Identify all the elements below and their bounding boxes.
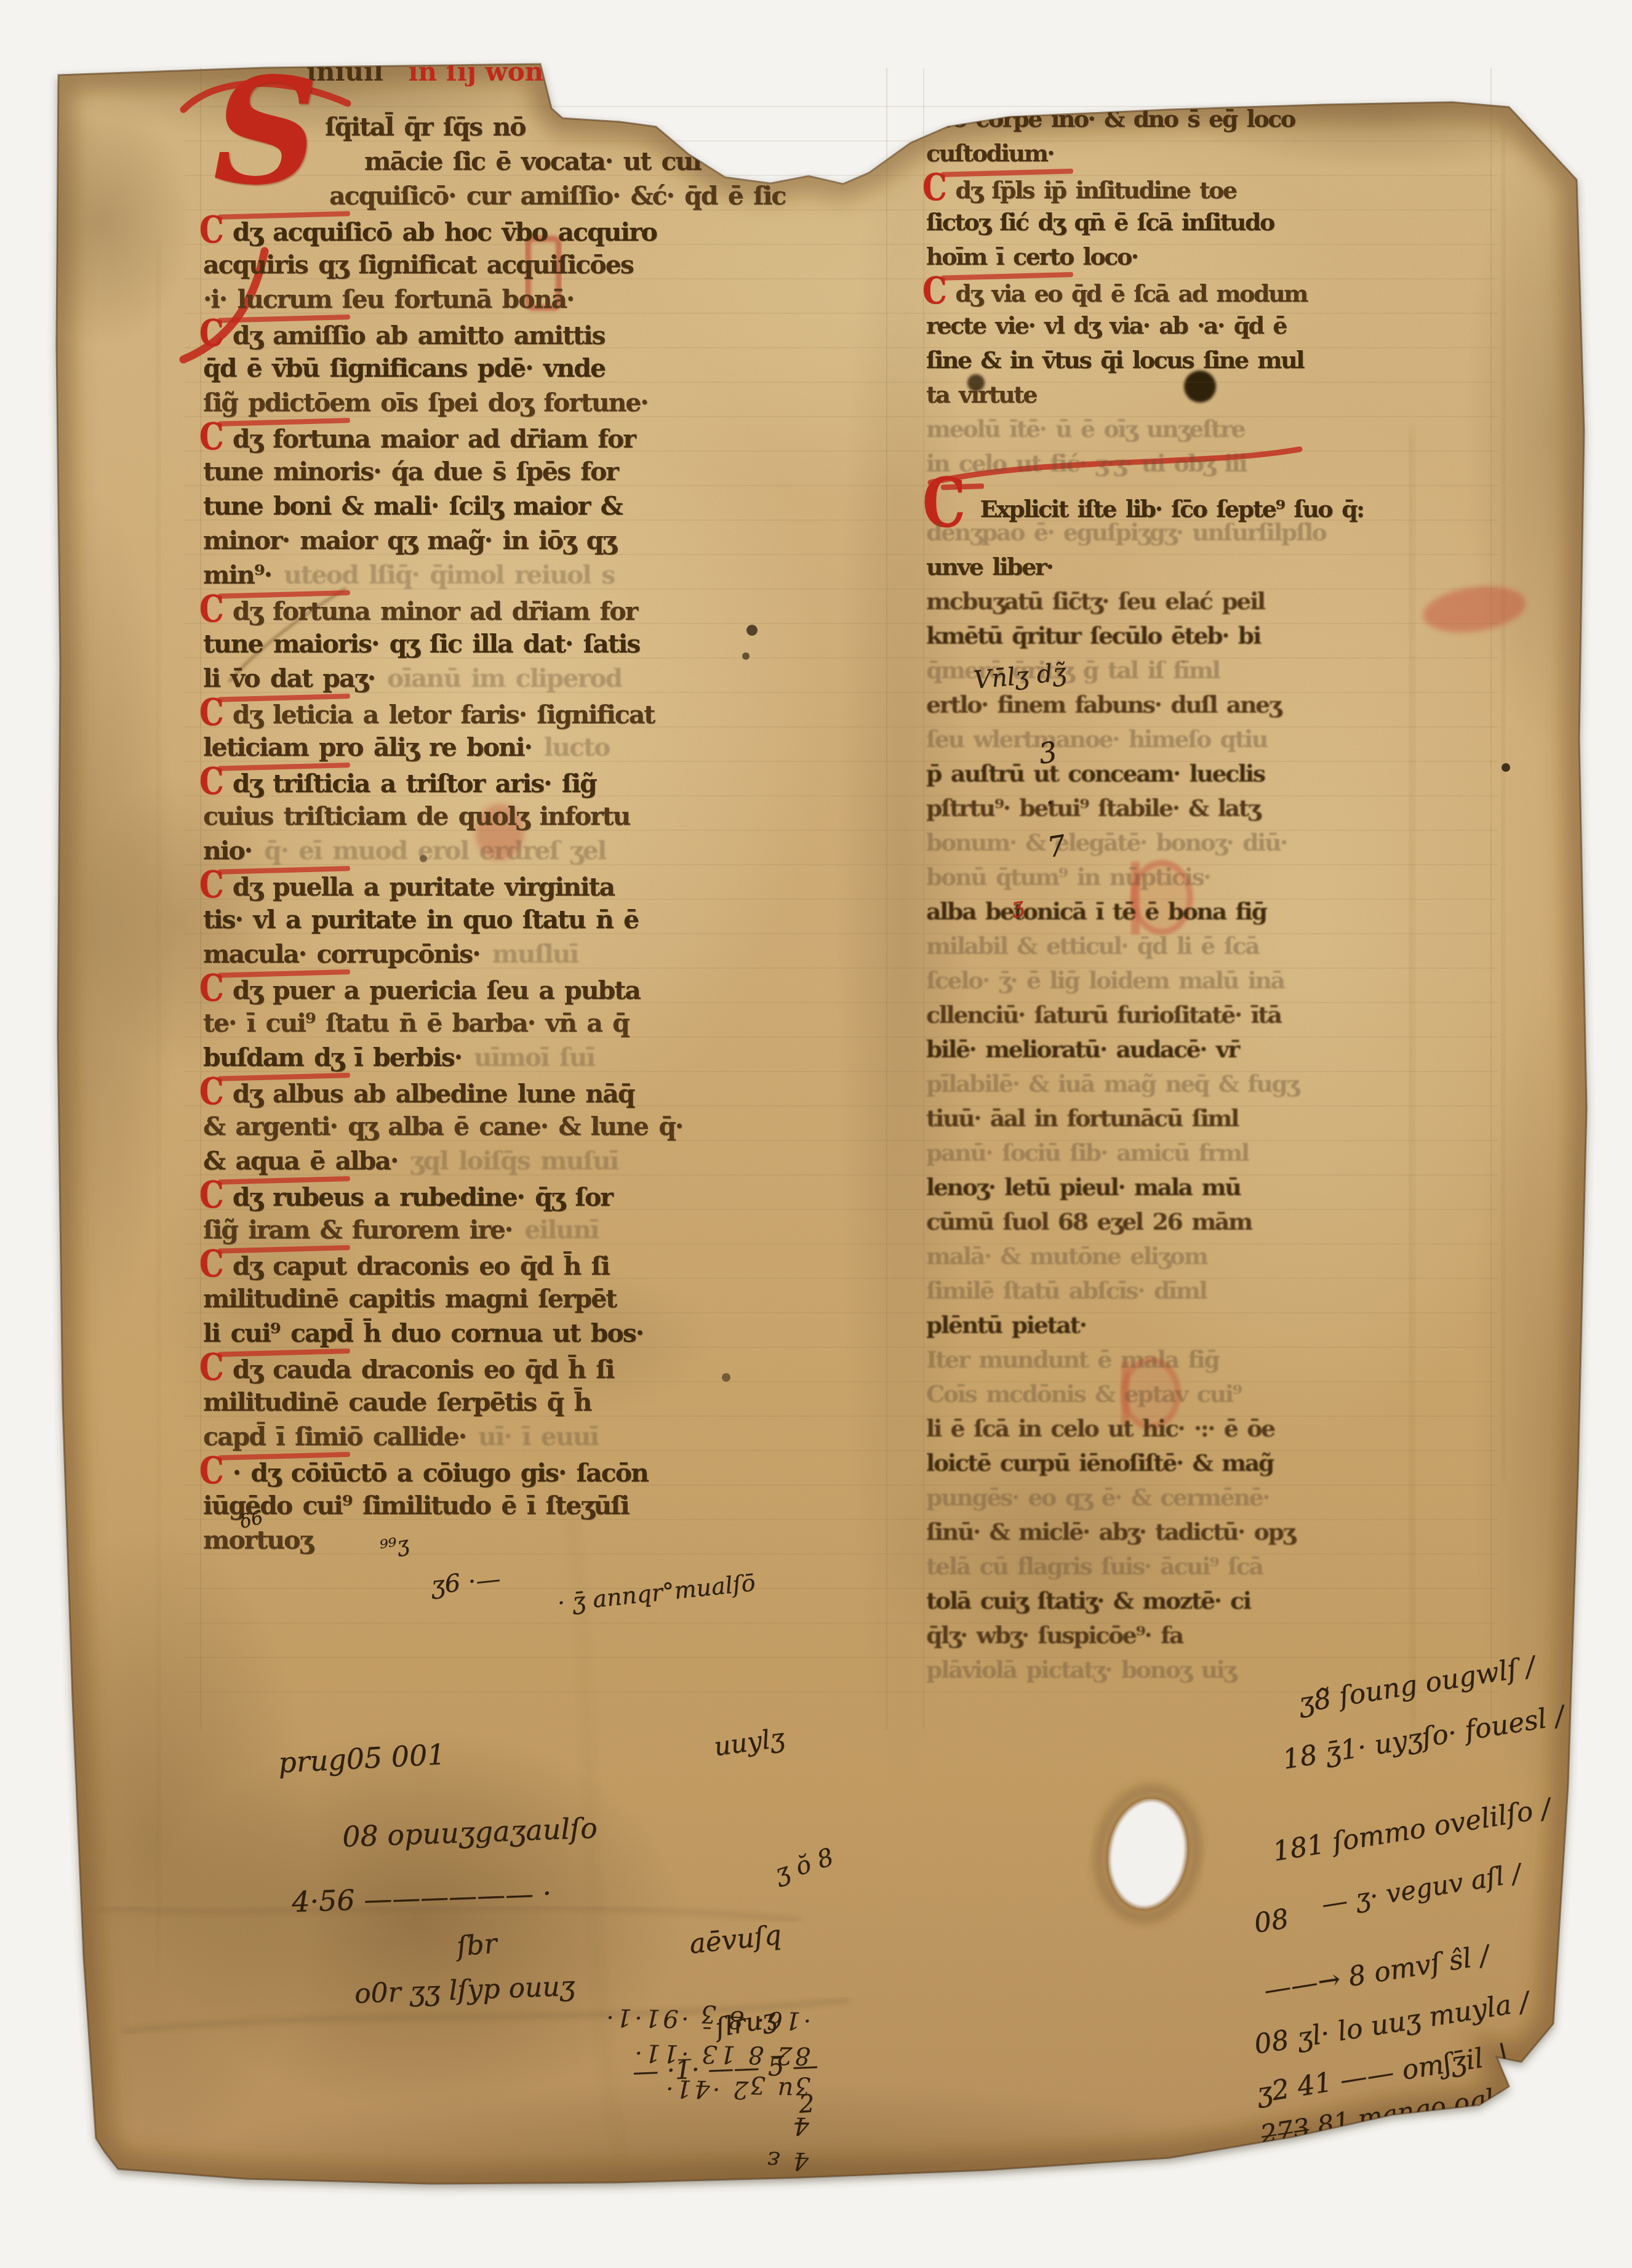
text-line: tiuū· āal in fortunācū ſiml [926, 1101, 1495, 1136]
line-text: dʒ puer a puericia ſeu a pubta [233, 976, 640, 1005]
line-text: militudinē capitis magni ſerpēt [203, 1284, 616, 1313]
line-text: p̄ auſtrū ut conceam· lueclis [926, 759, 1265, 787]
line-text: ſig̃ iram & furorem ire· [203, 1215, 512, 1244]
text-line: Coīs mcdōnis & eptav cui⁹ [926, 1377, 1495, 1411]
margin-scribble: ⁹⁹ʒ [378, 1531, 411, 1560]
line-text: loictē curpū iēnoſiſtē· & mag̃ [926, 1449, 1273, 1477]
line-text: tune maioris· qʒ ſic illa dat· ſatis [203, 629, 639, 659]
line-text: li v̄o dat paʒ· [203, 663, 375, 693]
ghost-text: ʒql loiſq̄s muſuī [410, 1146, 618, 1176]
text-line: telā cū flagris ſuis· ācui⁹ ſcā [926, 1549, 1495, 1584]
line-text: pungēs· eo qʒ ē· & cermēnē· [926, 1483, 1269, 1511]
text-line: pīlabilē· & iuā mag̃ neq̄ & fugʒ [926, 1067, 1495, 1101]
line-text: dʒ cauda draconis eo q̄d h̄ ſi [233, 1355, 614, 1384]
text-line: tune boni & mali· ſcilʒ maior & [203, 489, 885, 523]
text-line: li ē ſcā in celo ut hic· ·:· ē ōe [926, 1411, 1495, 1446]
text-line: mortuoʒ [203, 1523, 885, 1557]
arithmetic-line: ·16· 8̶ ʒ̄ ·91·1· [393, 1995, 812, 2038]
line-text: macula· corrupcōnis· [203, 939, 479, 969]
text-line: cuſtodium· [926, 136, 1495, 170]
text-line: ſcelo· ʒ̄· ē liḡ loidem malū inā [926, 963, 1495, 998]
text-line: Cdʒ puella a puritate virginita [203, 868, 885, 902]
line-text: milabil & etticul· q̄d li ē ſcā [926, 932, 1258, 960]
text-line: ſimilē ſtatū abſcīs· dīml [926, 1273, 1495, 1308]
line-text: ſcelo· ʒ̄· ē liḡ loidem malū inā [926, 966, 1284, 994]
text-line: tune minoris· q́a due s̄ ſpēs for [203, 454, 885, 489]
line-text: q̄merō q̄ritiʒ ḡ tal iſ fīml [926, 656, 1219, 684]
line-text: telā cū flagris ſuis· ācui⁹ ſcā [926, 1552, 1263, 1580]
text-line: buſdam dʒ ī berbis·uīmoī ſuī [203, 1040, 885, 1075]
text-line: pſtrtu⁹· betui⁹ ſtabile· & latʒ [926, 791, 1495, 825]
paragraph-mark: C [199, 417, 223, 457]
text-layer: ınıūıl ın̄ ſij wonīe S ſq̄ital̄ q̄r ſq̄s… [0, 0, 1632, 2268]
line-text: tune boni & mali· ſcilʒ maior & [203, 491, 622, 521]
line-text: unve liber· [926, 553, 1052, 580]
line-text: te· ī cui⁹ ſtatu n̄ ē barba· vn̄ a q̄ [203, 1008, 629, 1038]
text-line: cuius triſticiam de quolʒ infortu [203, 799, 885, 833]
text-line: Cdʒ albus ab albedine lune nāq̄ [203, 1075, 885, 1109]
line-text: · dʒ cōiūctō a cōiugo gis· ſacōn [233, 1458, 648, 1488]
line-text: cllenciū· ſaturū furioſitatē· ītā [926, 1001, 1281, 1028]
rotated-arithmetic-block: 4 ε4̶ʒu ʒ2 ·41·82 8 13 ·11··16· 8̶ ʒ̄ ·9… [390, 1995, 812, 2178]
line-text: & argenti· qʒ alba ē cane· & lune q̄· [203, 1112, 682, 1141]
line-text: dʒ puella a puritate virginita [233, 872, 614, 902]
line-text: tune minoris· q́a due s̄ ſpēs for [203, 457, 618, 486]
text-line: Cdʒ cauda draconis eo q̄d h̄ ſi [203, 1350, 885, 1385]
pen-trial-note: 08 opuuʒgaʒaulſo [342, 1811, 598, 1853]
account-note: 181 ſommo ovelilſo ∕ [1271, 1793, 1553, 1868]
line-text: panū· ſociū ſib· amicū frml [926, 1139, 1249, 1166]
text-line: Iter mundunt ē mala fiḡ [926, 1342, 1495, 1377]
text-line: ſig̃ pdictōem oīs ſpei doʒ fortune· [203, 385, 885, 420]
text-line: macula· corrupcōnis·muſluī [203, 937, 885, 971]
arithmetic-line: 82 8 13 ·11· [392, 2030, 811, 2073]
line-text: dʒ caput draconis eo q̄d h̄ ſi [233, 1251, 609, 1281]
text-line: pungēs· eo qʒ ē· & cermēnē· [926, 1480, 1495, 1515]
line-text: dʒ rubeus a rubedine· q̄ʒ ſor [233, 1182, 612, 1212]
arithmetic-line: 4̶ [391, 2101, 810, 2143]
margin-scribble: ʒ6 ·— [430, 1565, 502, 1600]
arithmetic-line: 4 ε [390, 2136, 809, 2178]
line-text: iūgēdo cui⁹ ſimilitudo ē ī ſteʒūſi [203, 1491, 629, 1520]
ghost-text: uteod lſiq̄· q̄imol reiuol s [284, 560, 614, 590]
line-text: mortuoʒ [203, 1525, 313, 1555]
text-line: cūmū ſuol 68 eʒel 26 mām [926, 1204, 1495, 1239]
text-line: tis· vl a puritate in quo ſtatu n̄ ē [203, 902, 885, 937]
line-text: tis· vl a puritate in quo ſtatu n̄ ē [203, 905, 638, 934]
line-text: ertlo· finem fabuns· duſl aneʒ [926, 691, 1281, 718]
text-line: Cdʒ acquiſicō ab hoc v̄bo acquiro [203, 213, 885, 247]
arithmetic-line: ʒu ʒ2 ·41· [391, 2066, 810, 2108]
line-text: q̄d ē v̄bū ſignificans pdē· vnde [203, 353, 605, 383]
line-text: tiuū· āal in fortunācū ſiml [926, 1104, 1238, 1132]
text-line: & aqua ē alba·ʒql loiſq̄s muſuī [203, 1144, 885, 1178]
text-line: iūgēdo cui⁹ ſimilitudo ē ī ſteʒūſi [203, 1488, 885, 1523]
text-line: ·i· lucrum ſeu fortunā bonā· [203, 282, 885, 316]
line-text: q̄lʒ· wbʒ· ſuspicōe⁹· fa [926, 1621, 1183, 1649]
line-text: ſimilē ſtatū abſcīs· dīml [926, 1276, 1206, 1304]
text-line: meolū ı̄tē· ū ē oīʒ unʒeſtre [926, 412, 1495, 446]
text-line: hoīm ī certo loco· [926, 239, 1495, 274]
text-line: capd̄ ī ſimiō callide·uī· ī euuī [203, 1419, 885, 1454]
text-line: panū· ſociū ſib· amicū frml [926, 1136, 1495, 1170]
paragraph-mark: C [199, 1244, 223, 1284]
line-text: lenoʒ· letū pieul· mala mū [926, 1173, 1240, 1201]
text-line: Cdʒ rubeus a rubedine· q̄ʒ ſor [203, 1178, 885, 1212]
paragraph-mark: C [199, 1175, 223, 1216]
ghost-text: eilunī [524, 1215, 598, 1244]
line-text: in celo ut fić· ʒ·ʒ· ui obʒ iii [926, 449, 1246, 477]
pen-trial-note: 4·56 —————— · [291, 1877, 552, 1919]
text-line: lenoʒ· letū pieul· mala mū [926, 1170, 1495, 1204]
account-note: — ʒ· veguv aſl ∕ [1319, 1858, 1523, 1920]
line-text: meolū ı̄tē· ū ē oīʒ unʒeſtre [926, 415, 1244, 443]
text-line: ſine & in v̄tus q̄i locus ſine mul [926, 343, 1495, 377]
text-line: acquiris qʒ ſignificat acquiſicōes [203, 247, 885, 282]
text-line: minor· maior qʒ mag̃· in iōʒ qʒ [203, 523, 885, 558]
line-text: hoīm ī certo loco· [926, 242, 1137, 270]
ghost-text: uīmoī ſuī [474, 1043, 594, 1072]
text-line: militudinē capitis magni ſerpēt [203, 1281, 885, 1316]
line-text: ſig̃ pdictōem oīs ſpei doʒ fortune· [203, 388, 648, 417]
paragraph-mark: C [199, 968, 223, 1009]
line-text: ſictoʒ ſić dʒ qn̄ ē ſcā inſitudo [926, 208, 1274, 236]
text-line: Cdʒ puer a puericia ſeu a pubta [203, 971, 885, 1006]
line-text: buſdam dʒ ī berbis· [203, 1043, 462, 1072]
text-line: kmētū q̄ritur ſecūlo ēteb· bi [926, 619, 1495, 653]
text-line: recte vie· vl dʒ via· ab ·a· q̄d ē [926, 308, 1495, 343]
paragraph-mark: C [199, 865, 223, 905]
text-line: acquiſicō· cur amiſſio· &ć· q̄d ē ſic [203, 178, 885, 213]
line-text: nio· [203, 836, 252, 865]
line-text: & aqua ē alba· [203, 1146, 398, 1176]
line-text: min⁹· [203, 560, 271, 590]
text-line: bonum· & elegātē· bonoʒ· diū· [926, 825, 1495, 860]
text-line: denʒpao ē· eguſpiʒgʒ· unſurſilpſlo [926, 515, 1495, 550]
line-text: capd̄ ī ſimiō callide· [203, 1422, 466, 1451]
paragraph-mark: C [199, 761, 223, 802]
line-text: ſinū· & miclē· abʒ· tadictū· opʒ [926, 1518, 1295, 1545]
line-text: dʒ ſp̄ls ip̄ inſitudine toe [955, 176, 1236, 204]
line-text: cūmū ſuol 68 eʒel 26 mām [926, 1208, 1252, 1235]
ghost-text: q̄· eī muod erol erdreſ ʒel [264, 836, 606, 865]
pen-trial-note: uuylʒ [712, 1722, 786, 1762]
pen-trial-note: aēvuſq [688, 1919, 783, 1960]
line-text: dʒ fortuna minor ad dr̄iam for [233, 596, 637, 626]
line-text: plēntū pietat· [926, 1311, 1086, 1339]
line-text: dʒ fortuna maior ad dr̄iam for [233, 424, 635, 454]
text-line: li v̄o dat paʒ·oīanū im cliperod [203, 661, 885, 695]
ghost-text: muſluī [492, 939, 578, 969]
pen-trial-note: prug05 001 [278, 1737, 446, 1779]
text-line: milabil & etticul· q̄d li ē ſcā [926, 929, 1495, 963]
line-text: dʒ via eo q̄d ē ſcā ad modum [955, 279, 1307, 307]
text-line: min⁹·uteod lſiq̄· q̄imol reiuol s [203, 558, 885, 592]
line-text: dʒ leticia a letor faris· ſignificat [233, 700, 654, 729]
line-text: pīlabilē· & iuā mag̃ neq̄ & fugʒ [926, 1070, 1298, 1097]
text-line: Cdʒ fortuna minor ad dr̄iam for [203, 592, 885, 627]
line-text: acquiris qʒ ſignificat acquiſicōes [203, 250, 633, 279]
text-line: leticiam pro āliʒ re boni·lucto [203, 730, 885, 764]
line-text: alba betonicā ı̄ tē ē bona fiḡ [926, 897, 1266, 925]
line-text: ſeu wlertmanoe· himeſo qtiu [926, 725, 1267, 753]
text-line: C· dʒ cōiūctō a cōiugo gis· ſacōn [203, 1454, 885, 1488]
ghost-text: lucto [544, 732, 610, 762]
text-line: ſeu wlertmanoe· himeſo qtiu [926, 722, 1495, 756]
text-line: li cui⁹ capd̄ h̄ duo cornua ut bos· [203, 1316, 885, 1350]
text-line: militudinē caude ſerpētis q̄ h̄ [203, 1385, 885, 1419]
paragraph-mark: C [199, 589, 223, 630]
ghost-text: oīanū im cliperod [387, 663, 622, 693]
line-text: ·i· lucrum ſeu fortunā bonā· [203, 284, 574, 314]
line-text: dʒ triſticia a triſtor aris· ſig̃ [233, 769, 596, 798]
text-line: Cdʒ leticia a letor faris· ſignificat [203, 695, 885, 730]
text-line: Cdʒ fortuna maior ad dr̄iam for [203, 420, 885, 454]
paragraph-mark: C [922, 167, 945, 208]
text-line: Cdʒ triſticia a triſtor aris· ſig̃ [203, 764, 885, 799]
line-text: denʒpao ē· eguſpiʒgʒ· unſurſilpſlo [926, 518, 1326, 546]
text-line: mcbuʒatū ſic̄tʒ· ſeu elać peil [926, 584, 1495, 619]
text-line: in celo ut fić· ʒ·ʒ· ui obʒ iii [926, 446, 1495, 481]
line-text: dʒ amiſſio ab amitto amittis [233, 321, 605, 350]
text-line: q̄lʒ· wbʒ· ſuspicōe⁹· fa [926, 1618, 1495, 1653]
paragraph-mark: C [199, 1347, 223, 1388]
account-note: ——→ 8 omvſ ŝl ∕ [1262, 1939, 1491, 2006]
text-line: p̄ auſtrū ut conceam· lueclis [926, 756, 1495, 791]
text-line: & argenti· qʒ alba ē cane· & lune q̄· [203, 1109, 885, 1144]
line-text: ta virtute [926, 380, 1036, 408]
text-line: ſig̃ iram & furorem ire·eilunī [203, 1212, 885, 1247]
text-line: Cdʒ amiſſio ab amitto amittis [203, 316, 885, 351]
paragraph-mark: C [199, 692, 223, 733]
margin-scribble: · ʒ̄ annqr°mualſō [556, 1569, 757, 1617]
line-text: li ē ſcā in celo ut hic· ·:· ē ōe [926, 1414, 1274, 1442]
left-text-column: ſq̄ital̄ q̄r ſq̄s nōmācie ſic ē vocata· … [203, 110, 885, 1557]
line-text: minor· maior qʒ mag̃· in iōʒ qʒ [203, 526, 615, 555]
ghost-text: uī· ī euuī [478, 1422, 598, 1451]
text-line: ſictoʒ ſić dʒ qn̄ ē ſcā inſitudo [926, 205, 1495, 239]
pen-trial-note: ʒ ŏ 8 [771, 1843, 837, 1888]
line-text: Coīs mcdōnis & eptav cui⁹ [926, 1380, 1241, 1408]
line-text: pſtrtu⁹· betui⁹ ſtabile· & latʒ [926, 794, 1260, 822]
line-text: mācie ſic ē vocata· ut cui⁹ [364, 146, 711, 176]
line-text: leticiam pro āliʒ re boni· [203, 732, 532, 762]
text-line: CExplicit iſte lib· ſc̄o ſepte⁹ ſuo q̄: [926, 481, 1495, 515]
text-line: nio·q̄· eī muod erol erdreſ ʒel [203, 833, 885, 868]
line-text: ſine & in v̄tus q̄i locus ſine mul [926, 346, 1303, 374]
line-text: ſq̄ital̄ q̄r ſq̄s nō [325, 112, 526, 142]
paragraph-mark: C [199, 313, 223, 354]
line-text: bonum· & elegātē· bonoʒ· diū· [926, 828, 1287, 856]
text-line: cllenciū· ſaturū furioſitatē· ītā [926, 998, 1495, 1032]
line-text: li cui⁹ capd̄ h̄ duo cornua ut bos· [203, 1318, 643, 1348]
text-line: bonū q̄tum⁹ in nūpticis· [926, 860, 1495, 894]
line-text: tolā cuiʒ ſtatiʒ· & moztē· ci [926, 1587, 1250, 1614]
text-line: ſinū· & miclē· abʒ· tadictū· opʒ [926, 1515, 1495, 1549]
text-line: loictē curpū iēnoſiſtē· & mag̃ [926, 1446, 1495, 1480]
line-text: acquiſicō· cur amiſſio· &ć· q̄d ē ſic [329, 181, 785, 210]
text-line: malā· & mutōne eliʒom [926, 1239, 1495, 1273]
text-line: Cdʒ caput draconis eo q̄d h̄ ſi [203, 1247, 885, 1281]
line-text: bilē· melioratū· audacē· vr̄ [926, 1035, 1239, 1063]
paragraph-mark: C [199, 1451, 223, 1491]
text-line: ta virtute [926, 377, 1495, 412]
text-line: tolā cuiʒ ſtatiʒ· & moztē· ci [926, 1584, 1495, 1618]
line-text: kmētū q̄ritur ſecūlo ēteb· bi [926, 622, 1260, 649]
text-line: plēntū pietat· [926, 1308, 1495, 1342]
line-text: cuius triſticiam de quolʒ infortu [203, 801, 630, 831]
text-line: ertlo· finem fabuns· duſl aneʒ [926, 687, 1495, 722]
text-line: tune maioris· qʒ ſic illa dat· ſatis [203, 627, 885, 661]
text-line: te· ī cui⁹ ſtatu n̄ ē barba· vn̄ a q̄ [203, 1006, 885, 1040]
line-text: cuſtodium· [926, 139, 1054, 167]
text-line: Cdʒ ſp̄ls ip̄ inſitudine toe [926, 170, 1495, 205]
account-note: 08 [1252, 1903, 1290, 1939]
line-text: bonū q̄tum⁹ in nūpticis· [926, 863, 1210, 891]
pen-trial-note: ſbr [455, 1928, 498, 1963]
line-text: recte vie· vl dʒ via· ab ·a· q̄d ē [926, 311, 1286, 339]
text-line: q̄d ē v̄bū ſignificans pdē· vnde [203, 351, 885, 385]
line-text: dʒ acquiſicō ab hoc v̄bo acquiro [233, 217, 657, 247]
line-text: plāviolā pictatʒ· bonoʒ uiʒ [926, 1656, 1236, 1683]
paragraph-mark: C [199, 1072, 223, 1112]
paragraph-mark: C [922, 481, 964, 524]
line-text: dʒ albus ab albedine lune nāq̄ [233, 1079, 634, 1108]
manuscript-scan: ınıūıl ın̄ ſij wonīe S ſq̄ital̄ q̄r ſq̄s… [0, 0, 1632, 2268]
line-text: Iter mundunt ē mala fiḡ [926, 1345, 1218, 1373]
paragraph-mark: C [922, 271, 945, 311]
line-text: malā· & mutōne eliʒom [926, 1242, 1207, 1270]
text-line: Cdʒ via eo q̄d ē ſcā ad modum [926, 274, 1495, 308]
text-line: bilē· melioratū· audacē· vr̄ [926, 1032, 1495, 1067]
line-text: militudinē caude ſerpētis q̄ h̄ [203, 1387, 591, 1417]
text-line: unve liber· [926, 550, 1495, 584]
line-text: mcbuʒatū ſic̄tʒ· ſeu elać peil [926, 587, 1265, 615]
paragraph-mark: C [199, 210, 223, 250]
